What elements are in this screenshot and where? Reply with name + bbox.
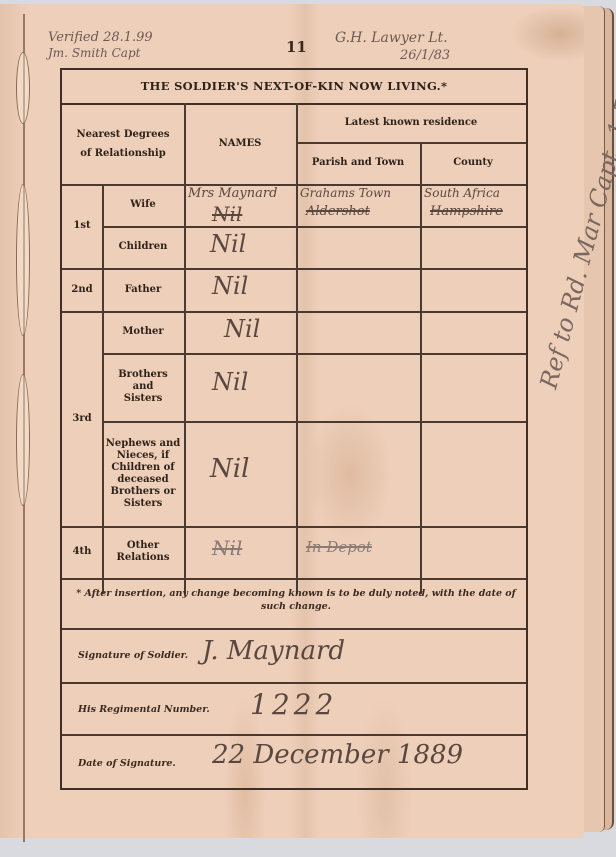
wife-parish: Grahams Town [300, 186, 391, 200]
divider [62, 628, 526, 630]
soldier-signature-label: Signature of Soldier. [78, 650, 188, 661]
header-names: NAMES [184, 103, 296, 184]
children-name: Nil [210, 230, 246, 258]
relation-mother: Mother [102, 311, 184, 353]
wife-name: Mrs Maynard [188, 186, 277, 201]
form-title: THE SOLDIER'S NEXT-OF-KIN NOW LIVING.* [62, 70, 526, 105]
stitch-icon [16, 52, 30, 124]
relation-nephews-nieces: Nephews and Nieces, if Children of decea… [102, 421, 184, 526]
next-of-kin-form: THE SOLDIER'S NEXT-OF-KIN NOW LIVING.* N… [60, 68, 528, 790]
siblings-name: Nil [212, 368, 248, 396]
wife-county-struck: Hampshire [430, 204, 503, 219]
officer-date: 26/1/83 [400, 48, 450, 63]
officer-signature: G.H. Lawyer Lt. [335, 30, 448, 46]
relation-siblings: Brothers and Sisters [102, 353, 184, 421]
header-degrees: Nearest Degrees of Relationship [62, 103, 184, 184]
degree-3rd: 3rd [62, 311, 102, 526]
stitch-icon [16, 374, 30, 506]
footnote: * After insertion, any change becoming k… [76, 587, 516, 613]
date-of-signature-label: Date of Signature. [78, 758, 176, 769]
father-name: Nil [212, 272, 248, 300]
header-county: County [420, 142, 526, 184]
regimental-number: 1222 [250, 688, 337, 721]
date-of-signature: 22 December 1889 [212, 740, 463, 770]
other-parish-struck: In Depot [306, 538, 372, 556]
wife-parish-struck: Aldershot [306, 204, 370, 219]
verified-annotation: Verified 28.1.99 [48, 30, 153, 45]
relation-other: Other Relations [102, 526, 184, 578]
stitch-icon [16, 184, 30, 336]
wife-name-struck: Nil [212, 202, 242, 226]
nephews-name: Nil [210, 454, 249, 484]
document-page: Verified 28.1.99 Jm. Smith Capt 11 G.H. … [0, 4, 584, 838]
divider [62, 682, 526, 684]
degree-2nd: 2nd [62, 268, 102, 311]
regimental-number-label: His Regimental Number. [78, 704, 210, 715]
divider [62, 734, 526, 736]
relation-children: Children [102, 226, 184, 268]
header-parish: Parish and Town [296, 142, 420, 184]
wife-county: South Africa [424, 186, 500, 200]
relation-wife: Wife [102, 184, 184, 226]
degree-1st: 1st [62, 184, 102, 268]
other-name-struck: Nil [212, 536, 242, 560]
verified-signature: Jm. Smith Capt [48, 46, 140, 60]
page-number: 11 [286, 38, 307, 56]
header-residence: Latest known residence [296, 103, 526, 142]
degree-4th: 4th [62, 526, 102, 578]
relation-father: Father [102, 268, 184, 311]
divider [62, 578, 526, 580]
soldier-signature: J. Maynard [202, 636, 345, 666]
mother-name: Nil [224, 315, 260, 343]
